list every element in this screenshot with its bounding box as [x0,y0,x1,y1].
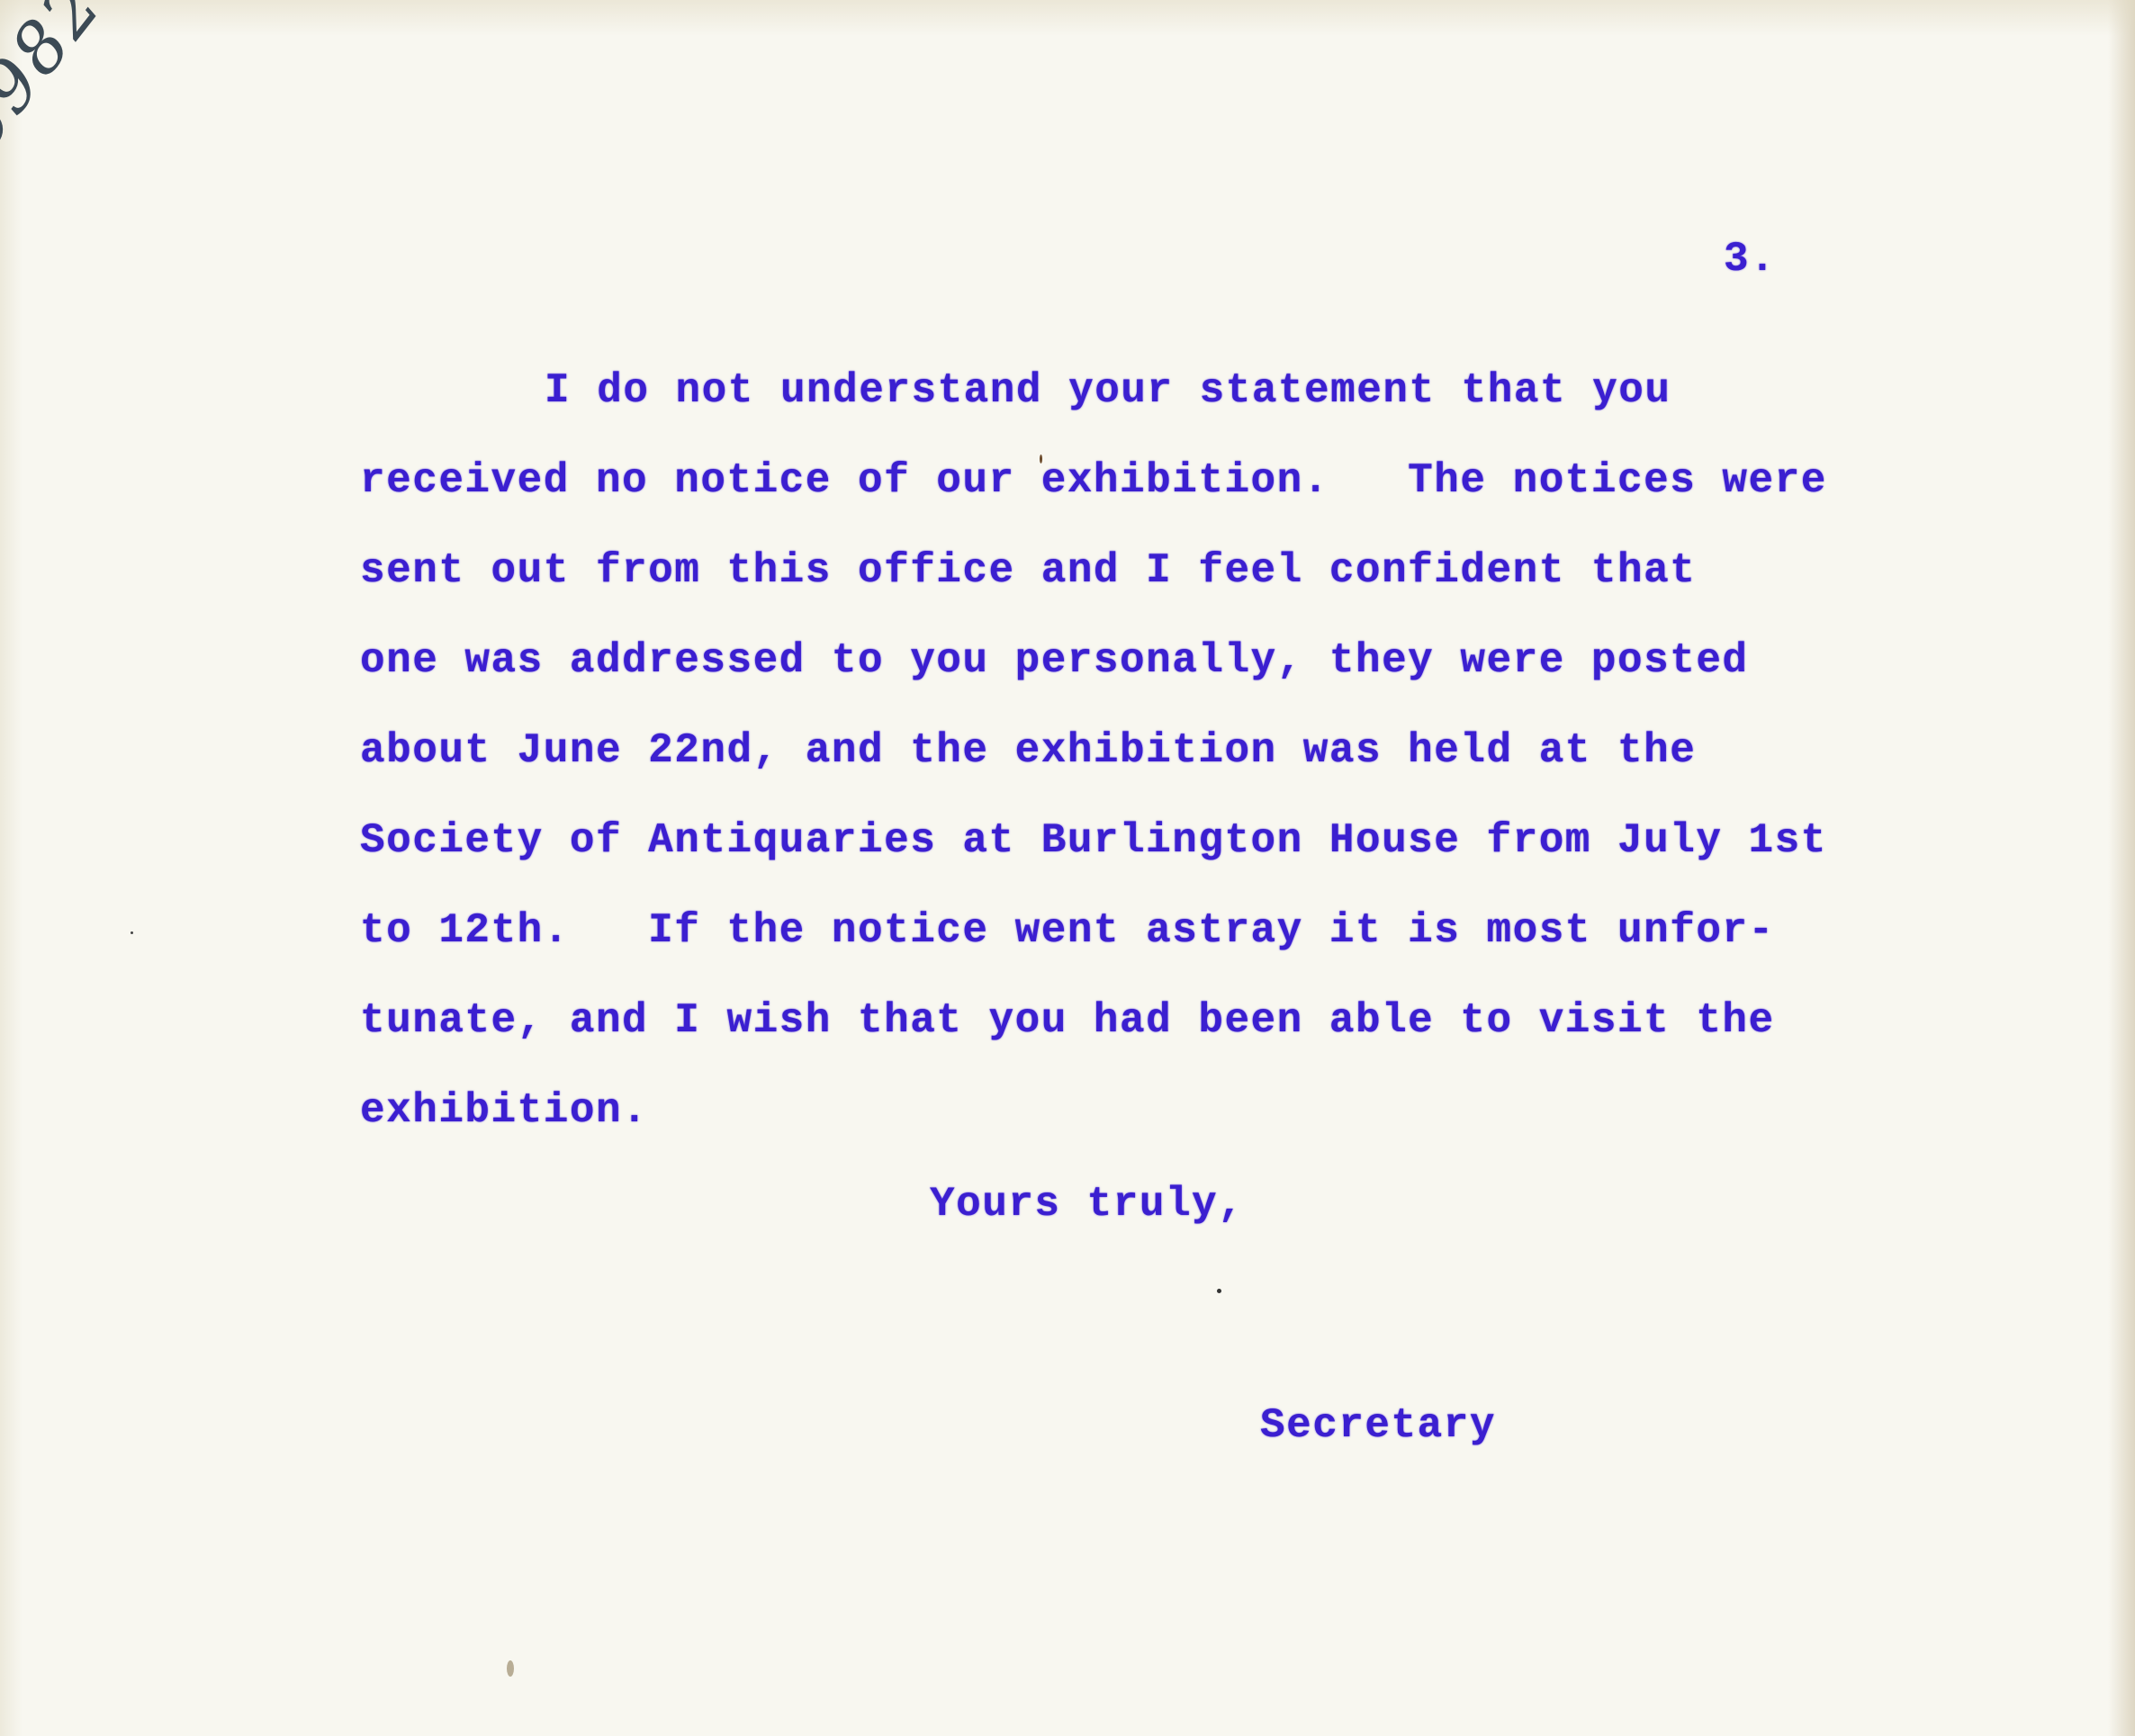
letter-page: 6982 3. I do not understand your stateme… [0,0,2135,1736]
body-line-4: one was addressed to you personally, the… [360,637,1749,684]
body-line-7: to 12th. If the notice went astray it is… [360,907,1775,954]
page-number: 3. [1724,236,1776,283]
body-line-2: received no notice of our exhibition. Th… [360,457,1827,504]
body-line-1: I do not understand your statement that … [545,367,1671,414]
ink-speck [1040,454,1042,463]
body-line-3: sent out from this office and I feel con… [360,547,1696,594]
signature-title: Secretary [1260,1402,1496,1449]
ink-speck [1217,1289,1221,1293]
body-line-8: tunate, and I wish that you had been abl… [360,997,1775,1044]
closing-salutation: Yours truly, [930,1181,1244,1228]
paper-blemish [507,1660,514,1677]
body-line-9: exhibition. [360,1087,648,1134]
body-line-6: Society of Antiquaries at Burlington Hou… [360,817,1827,864]
archive-number-handwritten: 6982 [0,0,119,166]
body-line-5: about June 22nd, and the exhibition was … [360,727,1696,774]
ink-speck [131,931,133,934]
